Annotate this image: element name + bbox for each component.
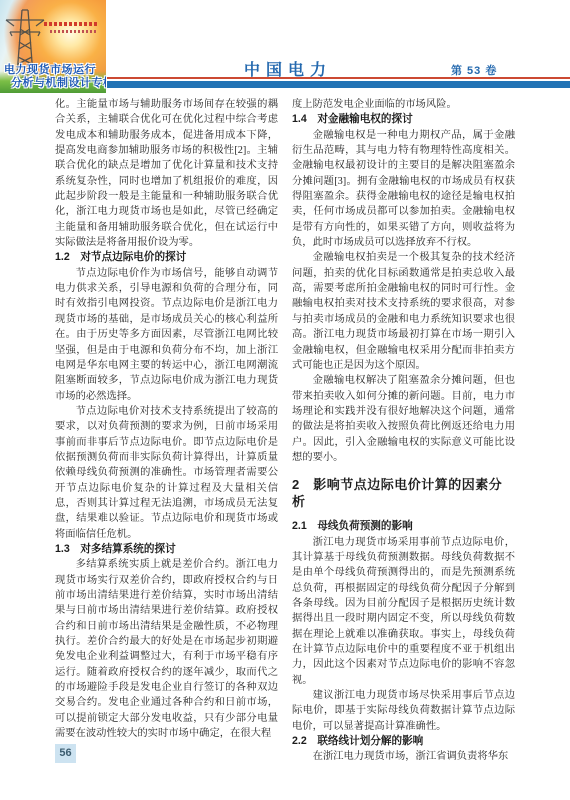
- volume-number: 第 53 卷: [451, 62, 497, 78]
- paragraph: 节点边际电价作为市场信号，能够自动调节电力供求关系，引导电源和负荷的合理分布，同…: [55, 266, 278, 404]
- header-rule-blue: [107, 81, 570, 88]
- page-number: 56: [55, 744, 76, 763]
- banner-small-red-text-decoration-2: [50, 30, 96, 33]
- header-rule-red: [107, 77, 570, 79]
- paragraph: 建议浙江电力现货市场尽快采用事后节点边际电价，即基于实际母线负荷数据计算节点边际…: [292, 688, 515, 734]
- left-column: 化。主能量市场与辅助服务市场间存在较强的耦合关系，主辅联合优化可在优化过程中综合…: [55, 97, 278, 741]
- right-column: 度上防范发电企业面临的市场风险。 1.4 对金融输电权的探讨 金融输电权是一种电…: [292, 97, 515, 765]
- subsection-heading-2-1: 2.1 母线负荷预测的影响: [292, 519, 515, 534]
- paragraph: 化。主能量市场与辅助服务市场间存在较强的耦合关系，主辅联合优化可在优化过程中综合…: [55, 97, 278, 250]
- paragraph: 多结算系统实质上就是差价合约。浙江电力现货市场实行双差价合约，即政府授权合约与日…: [55, 557, 278, 741]
- paragraph: 在浙江电力现货市场，浙江省调负责将华东: [292, 749, 515, 764]
- subsection-heading-1-3: 1.3 对多结算系统的探讨: [55, 542, 278, 557]
- banner-small-red-text-decoration: [44, 22, 98, 26]
- paragraph: 节点边际电价对技术支持系统提出了较高的要求，以对负荷预测的要求为例，日前市场采用…: [55, 404, 278, 542]
- subsection-heading-1-4: 1.4 对金融输电权的探讨: [292, 112, 515, 127]
- paragraph: 金融输电权是一种电力期权产品，属于金融衍生品范畴，其与电力特有物理特性高度相关。…: [292, 128, 515, 251]
- section-heading-2: 2 影响节点边际电价计算的因素分析: [292, 476, 515, 510]
- subsection-heading-1-2: 1.2 对节点边际电价的探讨: [55, 250, 278, 265]
- subsection-heading-2-2: 2.2 联络线计划分解的影响: [292, 734, 515, 749]
- paragraph: 浙江电力现货市场采用事前节点边际电价，其计算基于母线负荷预测数据。母线负荷数据不…: [292, 535, 515, 688]
- paragraph: 度上防范发电企业面临的市场风险。: [292, 97, 515, 112]
- paragraph: 金融输电权拍卖是一个极其复杂的技术经济问题，拍卖的优化目标函数通常是拍卖总收入最…: [292, 250, 515, 373]
- paragraph: 金融输电权解决了阻塞盈余分摊问题，但也带来拍卖收入如何分摊的新问题。目前，电力市…: [292, 373, 515, 465]
- journal-page: 电力现货市场运行 分析与机制设计专栏 中国电力 第 53 卷 化。主能量市场与辅…: [0, 0, 570, 800]
